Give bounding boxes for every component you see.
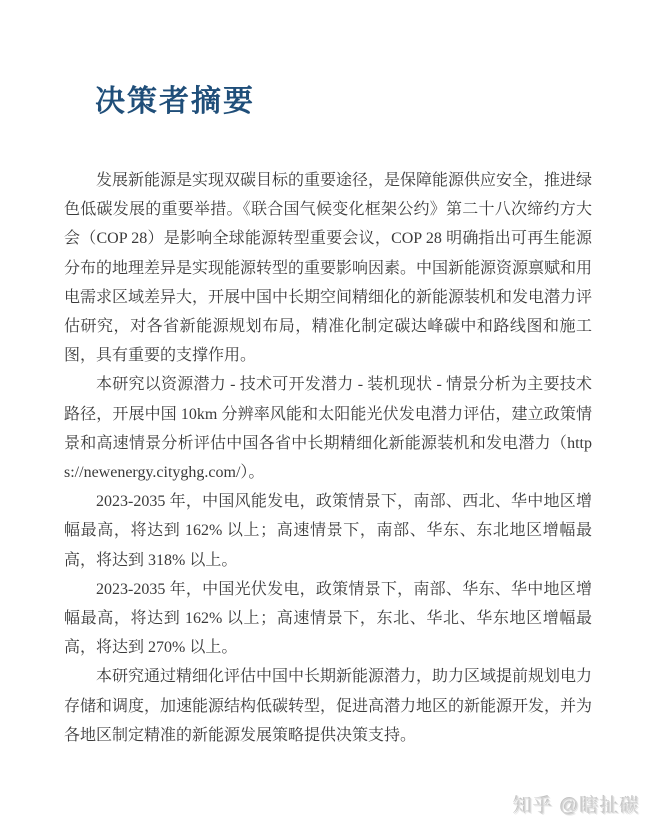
paragraph-solar-power: 2023-2035 年，中国光伏发电，政策情景下，南部、华东、华中地区增幅最高，…: [64, 575, 592, 663]
paragraph-wind-power: 2023-2035 年，中国风能发电，政策情景下，南部、西北、华中地区增幅最高，…: [64, 487, 592, 575]
document-body: 发展新能源是实现双碳目标的重要途径，是保障能源供应安全，推进绿色低碳发展的重要举…: [64, 166, 592, 750]
document-content: 决策者摘要 发展新能源是实现双碳目标的重要途径，是保障能源供应安全，推进绿色低碳…: [64, 0, 592, 750]
zhihu-watermark: 知乎 @瞎扯碳: [513, 791, 640, 818]
document-page: 决策者摘要 发展新能源是实现双碳目标的重要途径，是保障能源供应安全，推进绿色低碳…: [0, 0, 656, 832]
paragraph-methodology: 本研究以资源潜力 - 技术可开发潜力 - 装机现状 - 情景分析为主要技术路径，…: [64, 370, 592, 487]
paragraph-conclusion: 本研究通过精细化评估中国中长期新能源潜力，助力区域提前规划电力存储和调度，加速能…: [64, 662, 592, 750]
page-title: 决策者摘要: [95, 84, 592, 120]
paragraph-intro: 发展新能源是实现双碳目标的重要途径，是保障能源供应安全，推进绿色低碳发展的重要举…: [64, 166, 592, 370]
